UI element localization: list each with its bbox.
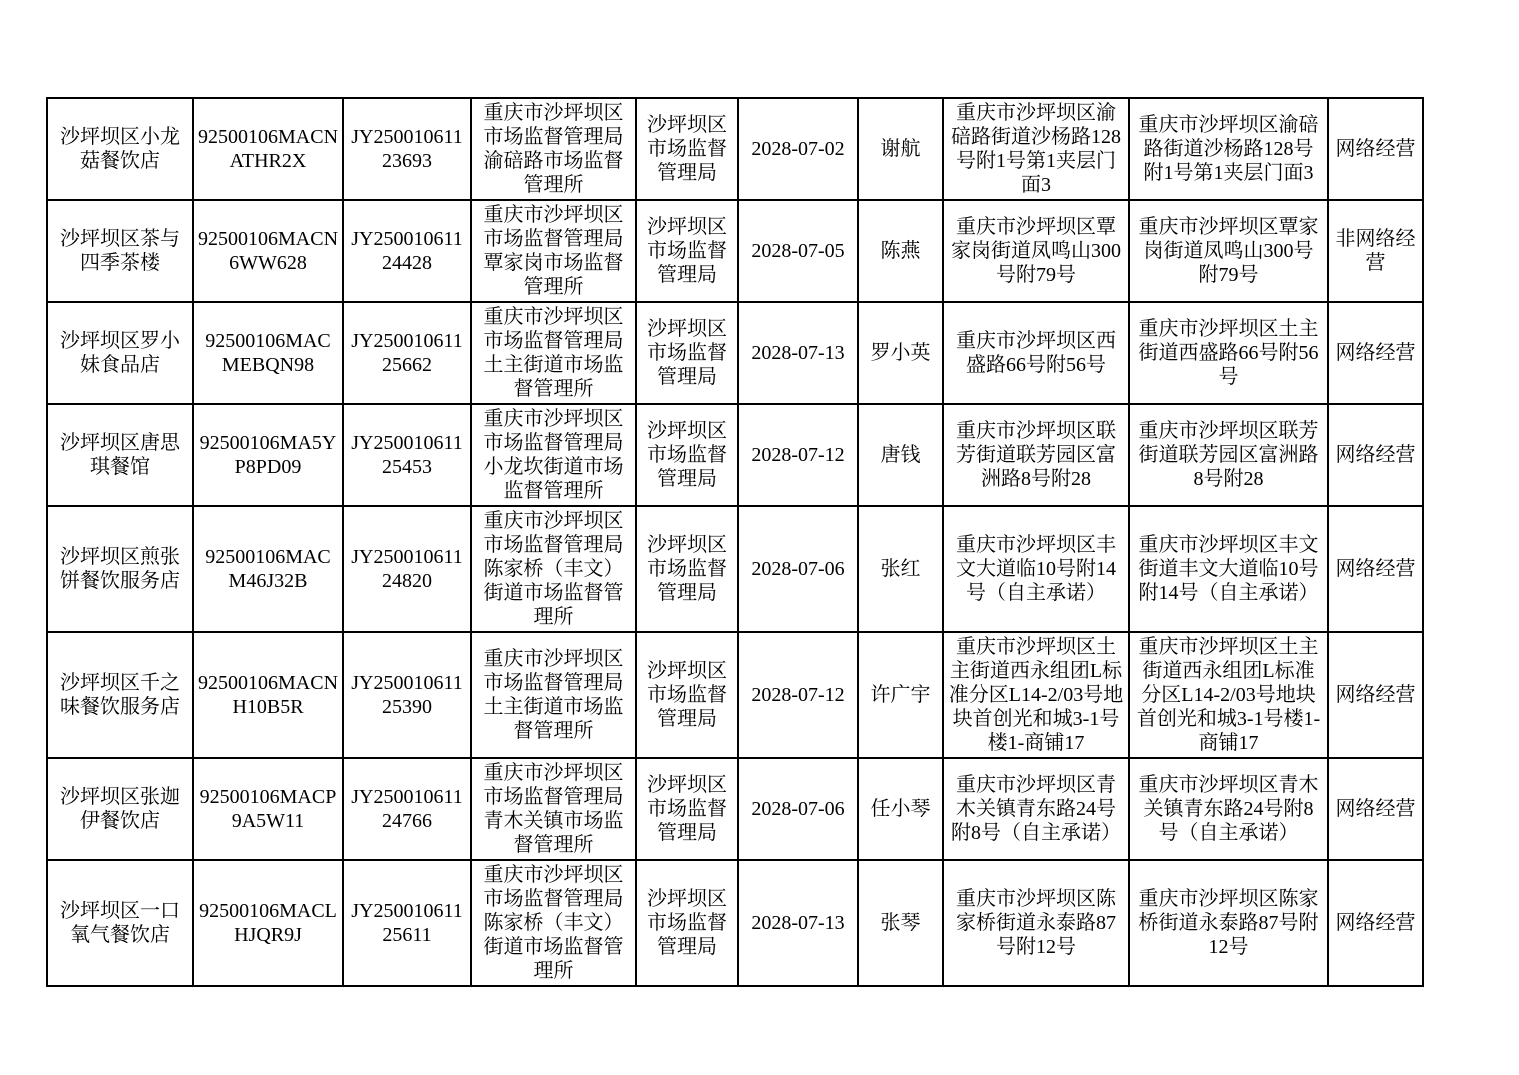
cell-business-address: 重庆市沙坪坝区丰文街道丰文大道临10号附14号（自主承诺） bbox=[1129, 506, 1328, 632]
table-row: 沙坪坝区一口氧气餐饮店92500106MACLHJQR9JJY250010611… bbox=[47, 860, 1423, 986]
table-row: 沙坪坝区茶与四季茶楼92500106MACN6WW628JY2500106112… bbox=[47, 200, 1423, 302]
cell-operation-type: 网络经营 bbox=[1328, 758, 1423, 860]
cell-address: 重庆市沙坪坝区西盛路66号附56号 bbox=[943, 302, 1129, 404]
cell-issuing-office: 重庆市沙坪坝区市场监督管理局青木关镇市场监督管理所 bbox=[471, 758, 636, 860]
table-row: 沙坪坝区千之味餐饮服务店92500106MACNH10B5RJY25001061… bbox=[47, 632, 1423, 758]
cell-address: 重庆市沙坪坝区土主街道西永组团L标准分区L14-2/03号地块首创光和城3-1号… bbox=[943, 632, 1129, 758]
cell-license-no: JY25001061124766 bbox=[343, 758, 471, 860]
cell-issuing-office: 重庆市沙坪坝区市场监督管理局陈家桥（丰文）街道市场监督管理所 bbox=[471, 506, 636, 632]
cell-license-no: JY25001061125453 bbox=[343, 404, 471, 506]
cell-authority: 沙坪坝区市场监督管理局 bbox=[636, 404, 738, 506]
cell-name: 沙坪坝区茶与四季茶楼 bbox=[47, 200, 193, 302]
cell-license-no: JY25001061125662 bbox=[343, 302, 471, 404]
cell-operation-type: 网络经营 bbox=[1328, 860, 1423, 986]
table-row: 沙坪坝区唐思琪餐馆92500106MA5YP8PD09JY25001061125… bbox=[47, 404, 1423, 506]
cell-address: 重庆市沙坪坝区陈家桥街道永泰路87号附12号 bbox=[943, 860, 1129, 986]
table-row: 沙坪坝区罗小妹食品店92500106MACMEBQN98JY2500106112… bbox=[47, 302, 1423, 404]
cell-person: 陈燕 bbox=[858, 200, 943, 302]
cell-license-no: JY25001061124428 bbox=[343, 200, 471, 302]
cell-address: 重庆市沙坪坝区青木关镇青东路24号附8号（自主承诺） bbox=[943, 758, 1129, 860]
cell-authority: 沙坪坝区市场监督管理局 bbox=[636, 860, 738, 986]
cell-operation-type: 网络经营 bbox=[1328, 506, 1423, 632]
cell-name: 沙坪坝区一口氧气餐饮店 bbox=[47, 860, 193, 986]
cell-credit-code: 92500106MACP9A5W11 bbox=[193, 758, 343, 860]
cell-credit-code: 92500106MA5YP8PD09 bbox=[193, 404, 343, 506]
cell-authority: 沙坪坝区市场监督管理局 bbox=[636, 98, 738, 200]
cell-authority: 沙坪坝区市场监督管理局 bbox=[636, 200, 738, 302]
cell-operation-type: 非网络经营 bbox=[1328, 200, 1423, 302]
cell-issuing-office: 重庆市沙坪坝区市场监督管理局土主街道市场监督管理所 bbox=[471, 302, 636, 404]
cell-business-address: 重庆市沙坪坝区青木关镇青东路24号附8号（自主承诺） bbox=[1129, 758, 1328, 860]
table-row: 沙坪坝区小龙菇餐饮店92500106MACNATHR2XJY2500106112… bbox=[47, 98, 1423, 200]
cell-issuing-office: 重庆市沙坪坝区市场监督管理局覃家岗市场监督管理所 bbox=[471, 200, 636, 302]
cell-credit-code: 92500106MACLHJQR9J bbox=[193, 860, 343, 986]
cell-address: 重庆市沙坪坝区联芳街道联芳园区富洲路8号附28 bbox=[943, 404, 1129, 506]
cell-operation-type: 网络经营 bbox=[1328, 404, 1423, 506]
cell-credit-code: 92500106MACM46J32B bbox=[193, 506, 343, 632]
cell-issuing-office: 重庆市沙坪坝区市场监督管理局小龙坎街道市场监督管理所 bbox=[471, 404, 636, 506]
cell-date: 2028-07-12 bbox=[738, 404, 858, 506]
cell-name: 沙坪坝区煎张饼餐饮服务店 bbox=[47, 506, 193, 632]
cell-date: 2028-07-02 bbox=[738, 98, 858, 200]
cell-business-address: 重庆市沙坪坝区陈家桥街道永泰路87号附12号 bbox=[1129, 860, 1328, 986]
cell-business-address: 重庆市沙坪坝区土主街道西盛路66号附56号 bbox=[1129, 302, 1328, 404]
cell-license-no: JY25001061123693 bbox=[343, 98, 471, 200]
cell-business-address: 重庆市沙坪坝区渝碚路街道沙杨路128号附1号第1夹层门面3 bbox=[1129, 98, 1328, 200]
cell-credit-code: 92500106MACNATHR2X bbox=[193, 98, 343, 200]
cell-operation-type: 网络经营 bbox=[1328, 98, 1423, 200]
cell-date: 2028-07-05 bbox=[738, 200, 858, 302]
cell-authority: 沙坪坝区市场监督管理局 bbox=[636, 632, 738, 758]
cell-authority: 沙坪坝区市场监督管理局 bbox=[636, 506, 738, 632]
cell-person: 许广宇 bbox=[858, 632, 943, 758]
cell-person: 罗小英 bbox=[858, 302, 943, 404]
table-row: 沙坪坝区煎张饼餐饮服务店92500106MACM46J32BJY25001061… bbox=[47, 506, 1423, 632]
cell-address: 重庆市沙坪坝区丰文大道临10号附14号（自主承诺） bbox=[943, 506, 1129, 632]
cell-credit-code: 92500106MACMEBQN98 bbox=[193, 302, 343, 404]
cell-person: 张琴 bbox=[858, 860, 943, 986]
cell-date: 2028-07-06 bbox=[738, 758, 858, 860]
cell-name: 沙坪坝区唐思琪餐馆 bbox=[47, 404, 193, 506]
cell-date: 2028-07-13 bbox=[738, 860, 858, 986]
cell-business-address: 重庆市沙坪坝区土主街道西永组团L标准分区L14-2/03号地块首创光和城3-1号… bbox=[1129, 632, 1328, 758]
cell-name: 沙坪坝区罗小妹食品店 bbox=[47, 302, 193, 404]
cell-operation-type: 网络经营 bbox=[1328, 632, 1423, 758]
cell-license-no: JY25001061125611 bbox=[343, 860, 471, 986]
cell-credit-code: 92500106MACN6WW628 bbox=[193, 200, 343, 302]
cell-name: 沙坪坝区小龙菇餐饮店 bbox=[47, 98, 193, 200]
license-table-body: 沙坪坝区小龙菇餐饮店92500106MACNATHR2XJY2500106112… bbox=[47, 98, 1423, 986]
cell-date: 2028-07-12 bbox=[738, 632, 858, 758]
cell-person: 任小琴 bbox=[858, 758, 943, 860]
cell-issuing-office: 重庆市沙坪坝区市场监督管理局陈家桥（丰文）街道市场监督管理所 bbox=[471, 860, 636, 986]
cell-person: 谢航 bbox=[858, 98, 943, 200]
cell-name: 沙坪坝区千之味餐饮服务店 bbox=[47, 632, 193, 758]
cell-name: 沙坪坝区张迦伊餐饮店 bbox=[47, 758, 193, 860]
cell-operation-type: 网络经营 bbox=[1328, 302, 1423, 404]
cell-person: 张红 bbox=[858, 506, 943, 632]
cell-issuing-office: 重庆市沙坪坝区市场监督管理局土主街道市场监督管理所 bbox=[471, 632, 636, 758]
cell-address: 重庆市沙坪坝区覃家岗街道凤鸣山300号附79号 bbox=[943, 200, 1129, 302]
table-row: 沙坪坝区张迦伊餐饮店92500106MACP9A5W11JY2500106112… bbox=[47, 758, 1423, 860]
cell-person: 唐钱 bbox=[858, 404, 943, 506]
cell-date: 2028-07-06 bbox=[738, 506, 858, 632]
license-table: 沙坪坝区小龙菇餐饮店92500106MACNATHR2XJY2500106112… bbox=[46, 97, 1424, 987]
cell-authority: 沙坪坝区市场监督管理局 bbox=[636, 758, 738, 860]
cell-date: 2028-07-13 bbox=[738, 302, 858, 404]
cell-business-address: 重庆市沙坪坝区联芳街道联芳园区富洲路8号附28 bbox=[1129, 404, 1328, 506]
cell-license-no: JY25001061124820 bbox=[343, 506, 471, 632]
cell-license-no: JY25001061125390 bbox=[343, 632, 471, 758]
cell-credit-code: 92500106MACNH10B5R bbox=[193, 632, 343, 758]
document-page: 沙坪坝区小龙菇餐饮店92500106MACNATHR2XJY2500106112… bbox=[0, 0, 1519, 1075]
cell-business-address: 重庆市沙坪坝区覃家岗街道凤鸣山300号附79号 bbox=[1129, 200, 1328, 302]
cell-address: 重庆市沙坪坝区渝碚路街道沙杨路128号附1号第1夹层门面3 bbox=[943, 98, 1129, 200]
cell-authority: 沙坪坝区市场监督管理局 bbox=[636, 302, 738, 404]
cell-issuing-office: 重庆市沙坪坝区市场监督管理局渝碚路市场监督管理所 bbox=[471, 98, 636, 200]
